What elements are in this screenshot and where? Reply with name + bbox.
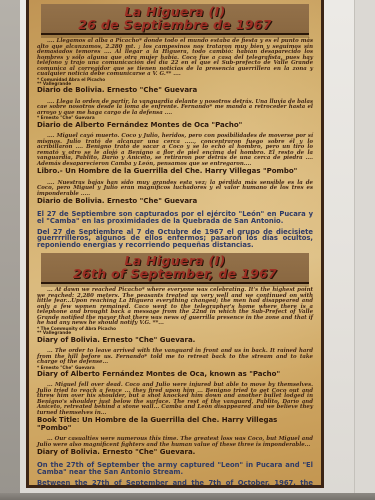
panel-title-spanish: La Higuera (I) 26 de Septiembre de 1967: [41, 4, 309, 35]
diary-entry: ... The order to leave arrived with the …: [37, 349, 313, 378]
title-line-2-es: 26 de Septiembre de 1967: [41, 18, 309, 31]
quote-text: ... Miguel fell over dead. Coco and Juli…: [37, 383, 313, 416]
diary-entry: ... At dawn we reached Picacho* where ev…: [37, 288, 313, 344]
diary-entry: ... Our casualties were numerous this ti…: [37, 437, 313, 457]
photo-bottom-edge: [0, 493, 375, 500]
memorial-panel: La Higuera (I) 26 de Septiembre de 1967 …: [26, 0, 324, 488]
quote-text: ... Our casualties were numerous this ti…: [37, 437, 313, 448]
source-attribution: Diario de Alberto Fernández Montes de Oc…: [37, 122, 313, 130]
historical-note: El 27 de Septiembre son capturados por e…: [37, 211, 313, 225]
photo-of-memorial-panel: { "colors": { "poster_background": "#cfa…: [0, 0, 375, 500]
quote-text: .... Llega la orden de partir, la vangua…: [37, 100, 313, 117]
historical-note: Between the 27th of September and the 7t…: [37, 480, 313, 488]
english-section: La Higuera (I) 26th of September, de 196…: [37, 253, 313, 488]
quote-text: ... The order to leave arrived with the …: [37, 349, 313, 366]
quote-text: .... Nuestras bajas han sido muy grandes…: [37, 181, 313, 198]
source-attribution: Book Title: Un Hombre de la Guerrilla de…: [37, 417, 313, 432]
source-attribution: Diario de Bolivia. Ernesto "Che" Guevara: [37, 87, 313, 95]
source-attribution: Diary of Alberto Fernández Montes de Oca…: [37, 371, 313, 379]
diary-entry: .... Nuestras bajas han sido muy grandes…: [37, 181, 313, 206]
historical-note: Del 27 de Septiembre al 7 de Octubre de …: [37, 229, 313, 250]
mat-right-edge: [355, 0, 375, 493]
source-attribution: Libro.- Un Hombre de la Guerrilla del Ch…: [37, 168, 313, 176]
quote-text: .... Miguel cayó muerto. Coco y Julio, h…: [37, 134, 313, 167]
diary-entry: ... Miguel fell over dead. Coco and Juli…: [37, 383, 313, 432]
source-attribution: Diary of Bolivia. Ernesto "Che" Guevara.: [37, 449, 313, 457]
source-attribution: Diary of Bolivia. Ernesto "Che" Guevara.: [37, 337, 313, 345]
footnote: ** Vallegrande: [37, 331, 313, 335]
historical-note: On the 27th of September the army captur…: [37, 462, 313, 476]
diary-entry: .... Llega la orden de partir, la vangua…: [37, 100, 313, 129]
mat-crease-line: [354, 0, 355, 493]
quote-text: ... At dawn we reached Picacho* where ev…: [37, 288, 313, 327]
panel-title-english: La Higuera (I) 26th of September, de 196…: [41, 253, 309, 284]
diary-entry: .... Miguel cayó muerto. Coco y Julio, h…: [37, 134, 313, 176]
spanish-section: La Higuera (I) 26 de Septiembre de 1967 …: [37, 4, 313, 249]
title-line-2-en: 26th of September, de 1967: [41, 267, 309, 280]
quote-text: .... Llegamos al alba a Picacho* donde t…: [37, 39, 313, 78]
diary-entry: .... Llegamos al alba a Picacho* donde t…: [37, 39, 313, 95]
source-attribution: Diario de Bolivia. Ernesto "Che" Guevara: [37, 198, 313, 206]
